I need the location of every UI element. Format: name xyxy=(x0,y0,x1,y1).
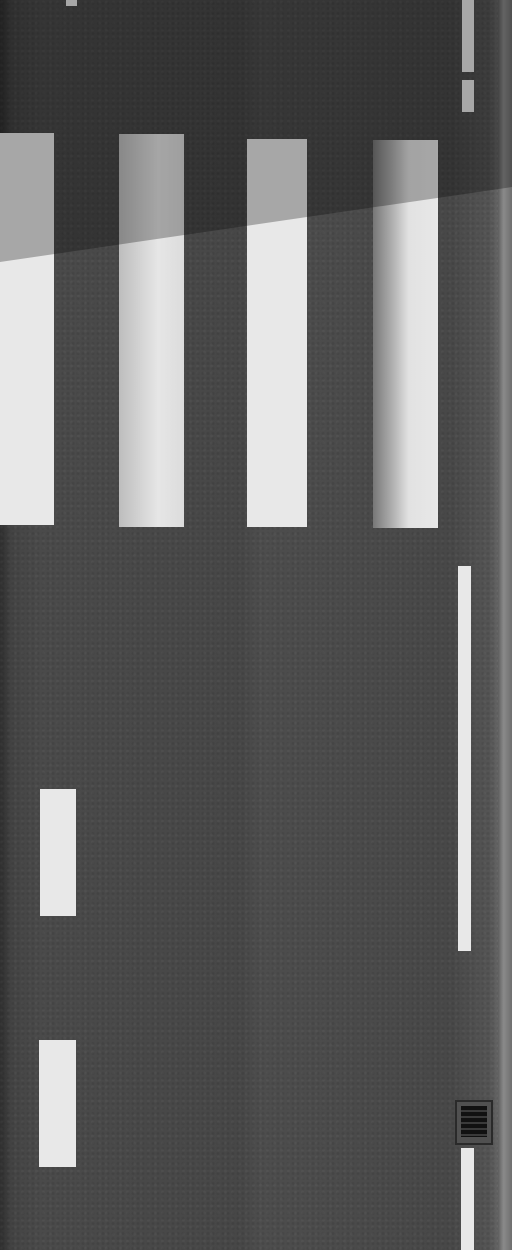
shadow-overlay xyxy=(0,0,512,1250)
storm-drain-grate xyxy=(455,1100,493,1145)
road-aerial-image: Top-down grayscale aerial view of an asp… xyxy=(0,0,512,1250)
bottom-edge-line xyxy=(461,1148,474,1250)
lane-dash-1 xyxy=(40,789,76,916)
drain-grate-bars xyxy=(461,1106,487,1137)
edge-line xyxy=(458,566,471,951)
lane-dash-2 xyxy=(39,1040,76,1167)
